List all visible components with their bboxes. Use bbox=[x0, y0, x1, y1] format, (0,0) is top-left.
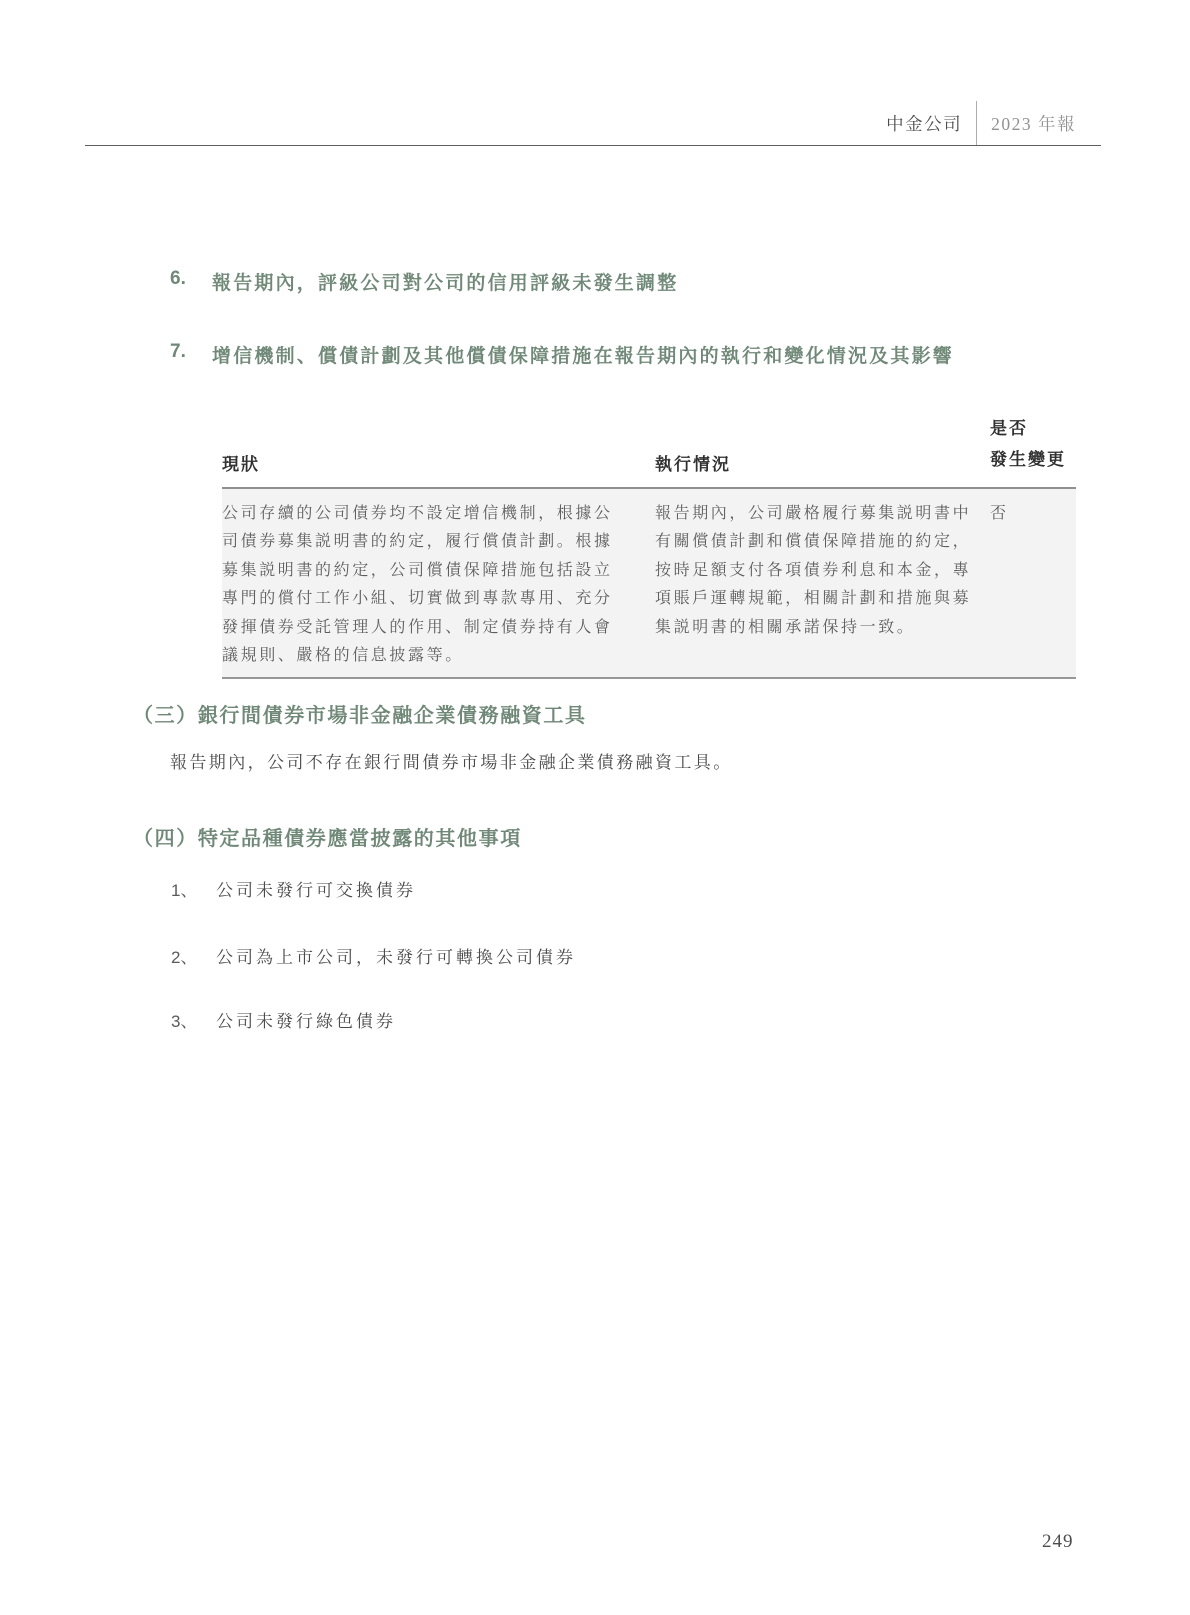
report-page: 中金公司 2023 年報 6. 報告期內，評級公司對公司的信用評級未發生調整 7… bbox=[0, 0, 1190, 1615]
cell-execution: 報告期內，公司嚴格履行募集説明書中有關償債計劃和償債保障措施的約定，按時足額支付… bbox=[655, 500, 990, 670]
section-3-heading: （三） 銀行間債券市場非金融企業債務融資工具 bbox=[133, 699, 587, 728]
report-edition: 2023 年報 bbox=[977, 111, 1076, 136]
section-3-paragraph: 報告期內，公司不存在銀行間債券市場非金融企業債務融資工具。 bbox=[170, 748, 733, 773]
heading-7: 7. 增信機制、償債計劃及其他償債保障措施在報告期內的執行和變化情況及其影響 bbox=[170, 341, 954, 368]
col-header-changed-line1: 是否 bbox=[990, 413, 1076, 444]
list-item-2: 2、 公司為上市公司，未發行可轉換公司債券 bbox=[171, 943, 576, 968]
col-header-changed-line2: 發生變更 bbox=[990, 444, 1076, 475]
heading-6-number: 6. bbox=[170, 268, 212, 295]
list-item-3: 3、 公司未發行綠色債券 bbox=[171, 1007, 396, 1032]
heading-6-title: 報告期內，評級公司對公司的信用評級未發生調整 bbox=[212, 268, 678, 295]
bond-measures-table: 現狀 執行情況 是否 發生變更 公司存續的公司債券均不設定增信機制，根據公司債券… bbox=[222, 413, 1076, 679]
page-header: 中金公司 2023 年報 bbox=[85, 101, 1101, 146]
heading-7-title: 增信機制、償債計劃及其他償債保障措施在報告期內的執行和變化情況及其影響 bbox=[212, 341, 954, 368]
cell-changed: 否 bbox=[990, 500, 1076, 670]
list-item-1: 1、 公司未發行可交換債券 bbox=[171, 876, 416, 901]
table-header-row: 現狀 執行情況 是否 發生變更 bbox=[222, 413, 1076, 487]
brand-name: 中金公司 bbox=[886, 111, 976, 136]
section-4-title: 特定品種債券應當披露的其他事項 bbox=[198, 822, 522, 851]
section-3-title: 銀行間債券市場非金融企業債務融資工具 bbox=[198, 699, 587, 728]
list-item-2-number: 2、 bbox=[171, 943, 216, 968]
list-item-2-text: 公司為上市公司，未發行可轉換公司債券 bbox=[216, 943, 576, 968]
section-4-label: （四） bbox=[133, 822, 198, 851]
heading-6: 6. 報告期內，評級公司對公司的信用評級未發生調整 bbox=[170, 268, 678, 295]
cell-status: 公司存續的公司債券均不設定增信機制，根據公司債券募集説明書的約定，履行償債計劃。… bbox=[222, 500, 655, 670]
list-item-1-text: 公司未發行可交換債券 bbox=[216, 876, 416, 901]
list-item-3-number: 3、 bbox=[171, 1007, 216, 1032]
page-number: 249 bbox=[1042, 1531, 1074, 1553]
col-header-status: 現狀 bbox=[222, 450, 655, 475]
section-3-label: （三） bbox=[133, 699, 198, 728]
heading-7-number: 7. bbox=[170, 341, 212, 368]
table-row: 公司存續的公司債券均不設定增信機制，根據公司債券募集説明書的約定，履行償債計劃。… bbox=[222, 487, 1076, 679]
section-4-heading: （四） 特定品種債券應當披露的其他事項 bbox=[133, 822, 522, 851]
col-header-execution: 執行情況 bbox=[655, 450, 990, 475]
list-item-1-number: 1、 bbox=[171, 876, 216, 901]
list-item-3-text: 公司未發行綠色債券 bbox=[216, 1007, 396, 1032]
col-header-changed: 是否 發生變更 bbox=[990, 413, 1076, 475]
